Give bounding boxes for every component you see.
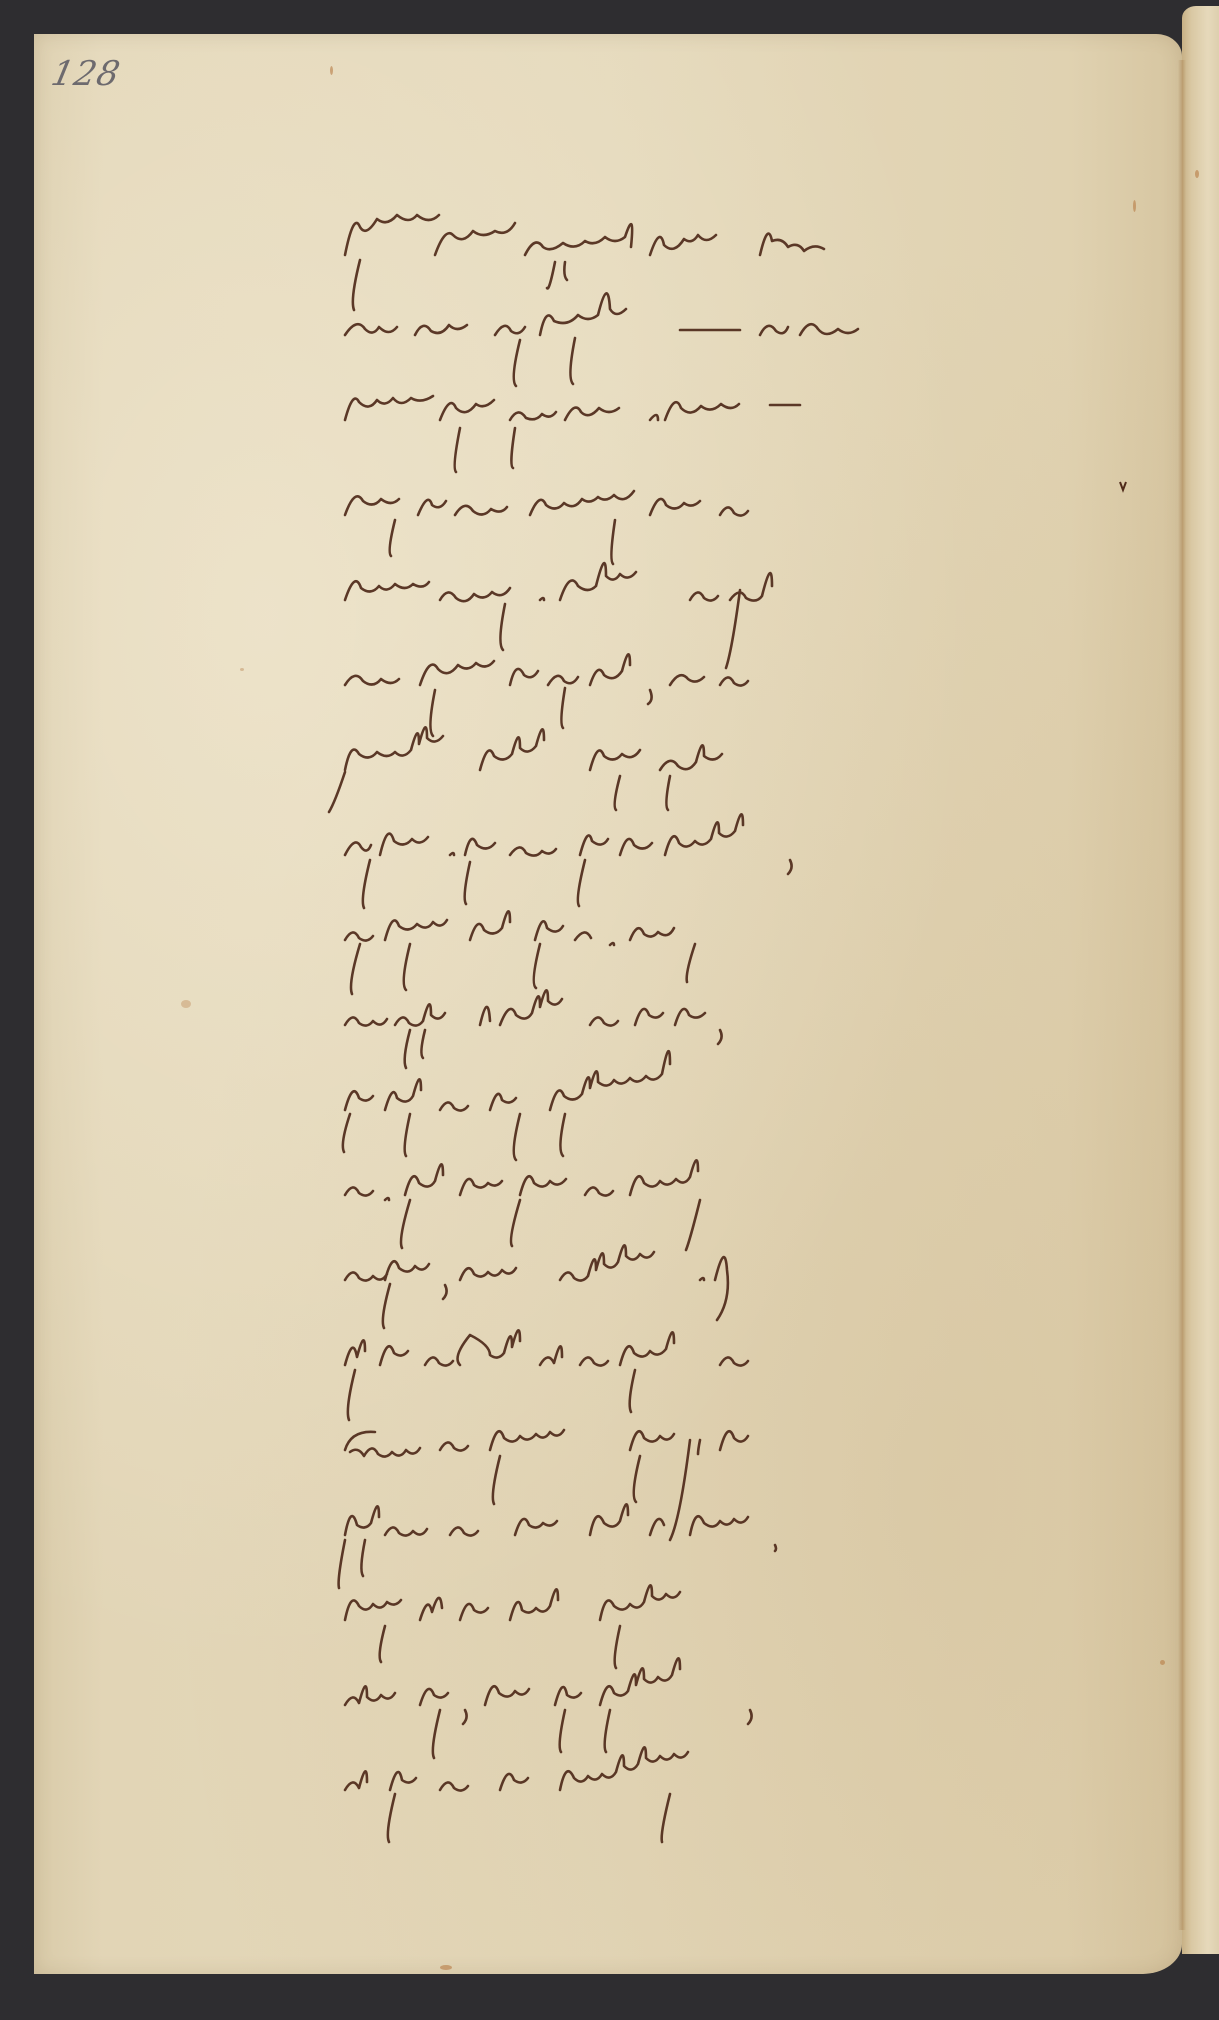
paper-speck — [181, 1000, 191, 1008]
manuscript-line: Zauber der Bestimmung sagte! Sie — [330, 1410, 1130, 1450]
manuscript-line: an. Ihr Lorchen in bewegung — [330, 1155, 1130, 1195]
facing-leaf-edge — [1182, 6, 1219, 1954]
binding-fold — [1178, 60, 1186, 1930]
manuscript-line: ihres Hauses, aber wir unterhielten uns — [330, 1240, 1130, 1280]
paper-speck — [440, 1965, 452, 1970]
manuscript-line: nun ungefaehr 6 Schritte von ihr kam, — [330, 985, 1130, 1025]
paper-speck — [1160, 1660, 1165, 1665]
paper-speck — [240, 668, 244, 671]
manuscript-line: als sie mir den Abendrhein — [330, 1750, 1130, 1790]
manuscript-line: Verlangen als das liebe Schaetzchen — [330, 1580, 1130, 1620]
folio-number: 128 — [48, 54, 124, 94]
manuscript-line: Anblick sagte ich mir endlich: Simon! — — [330, 380, 1130, 420]
paper-speck — [1133, 200, 1136, 212]
manuscript-line: wir hier die Schaukal — bei ihrem — [330, 295, 1130, 335]
manuscript-line: dem Theater sich zu setzen, aber ein — [330, 645, 1130, 685]
manuscript-scan: 128 — [0, 0, 1219, 2020]
paper-speck — [1195, 170, 1199, 178]
manuscript-line: zu sich hin. Ich, nahe ich ihr bekannt, — [330, 815, 1130, 855]
manuscript-line: allemal sagte, scheint sie sich allgewal… — [330, 1665, 1130, 1705]
manuscript-line: fantasievolles liebliches Auge giesst al… — [330, 730, 1130, 770]
manuscript-line: Bestim[mun]g erfahren. Beschloss nun auf — [330, 560, 1130, 600]
manuscript-line: sieht man jeder den Rand der Vorzeit. — [330, 1495, 1130, 1535]
manuscript-line: so setzte ich mich durch Zufall einzig u… — [330, 1070, 1130, 1110]
manuscript-line: Simon, du wirst italienische Worte vor — [330, 475, 1130, 515]
manuscript-line: Nachdem diese gemacht hatte, setzten — [330, 205, 1130, 245]
paper-speck — [330, 66, 333, 75]
manuscript-line: gar schoener fand ich sie. Da ich — [330, 900, 1130, 940]
manuscript-line: als sie mir Dunkel und die Schoenheit un… — [330, 1325, 1130, 1365]
